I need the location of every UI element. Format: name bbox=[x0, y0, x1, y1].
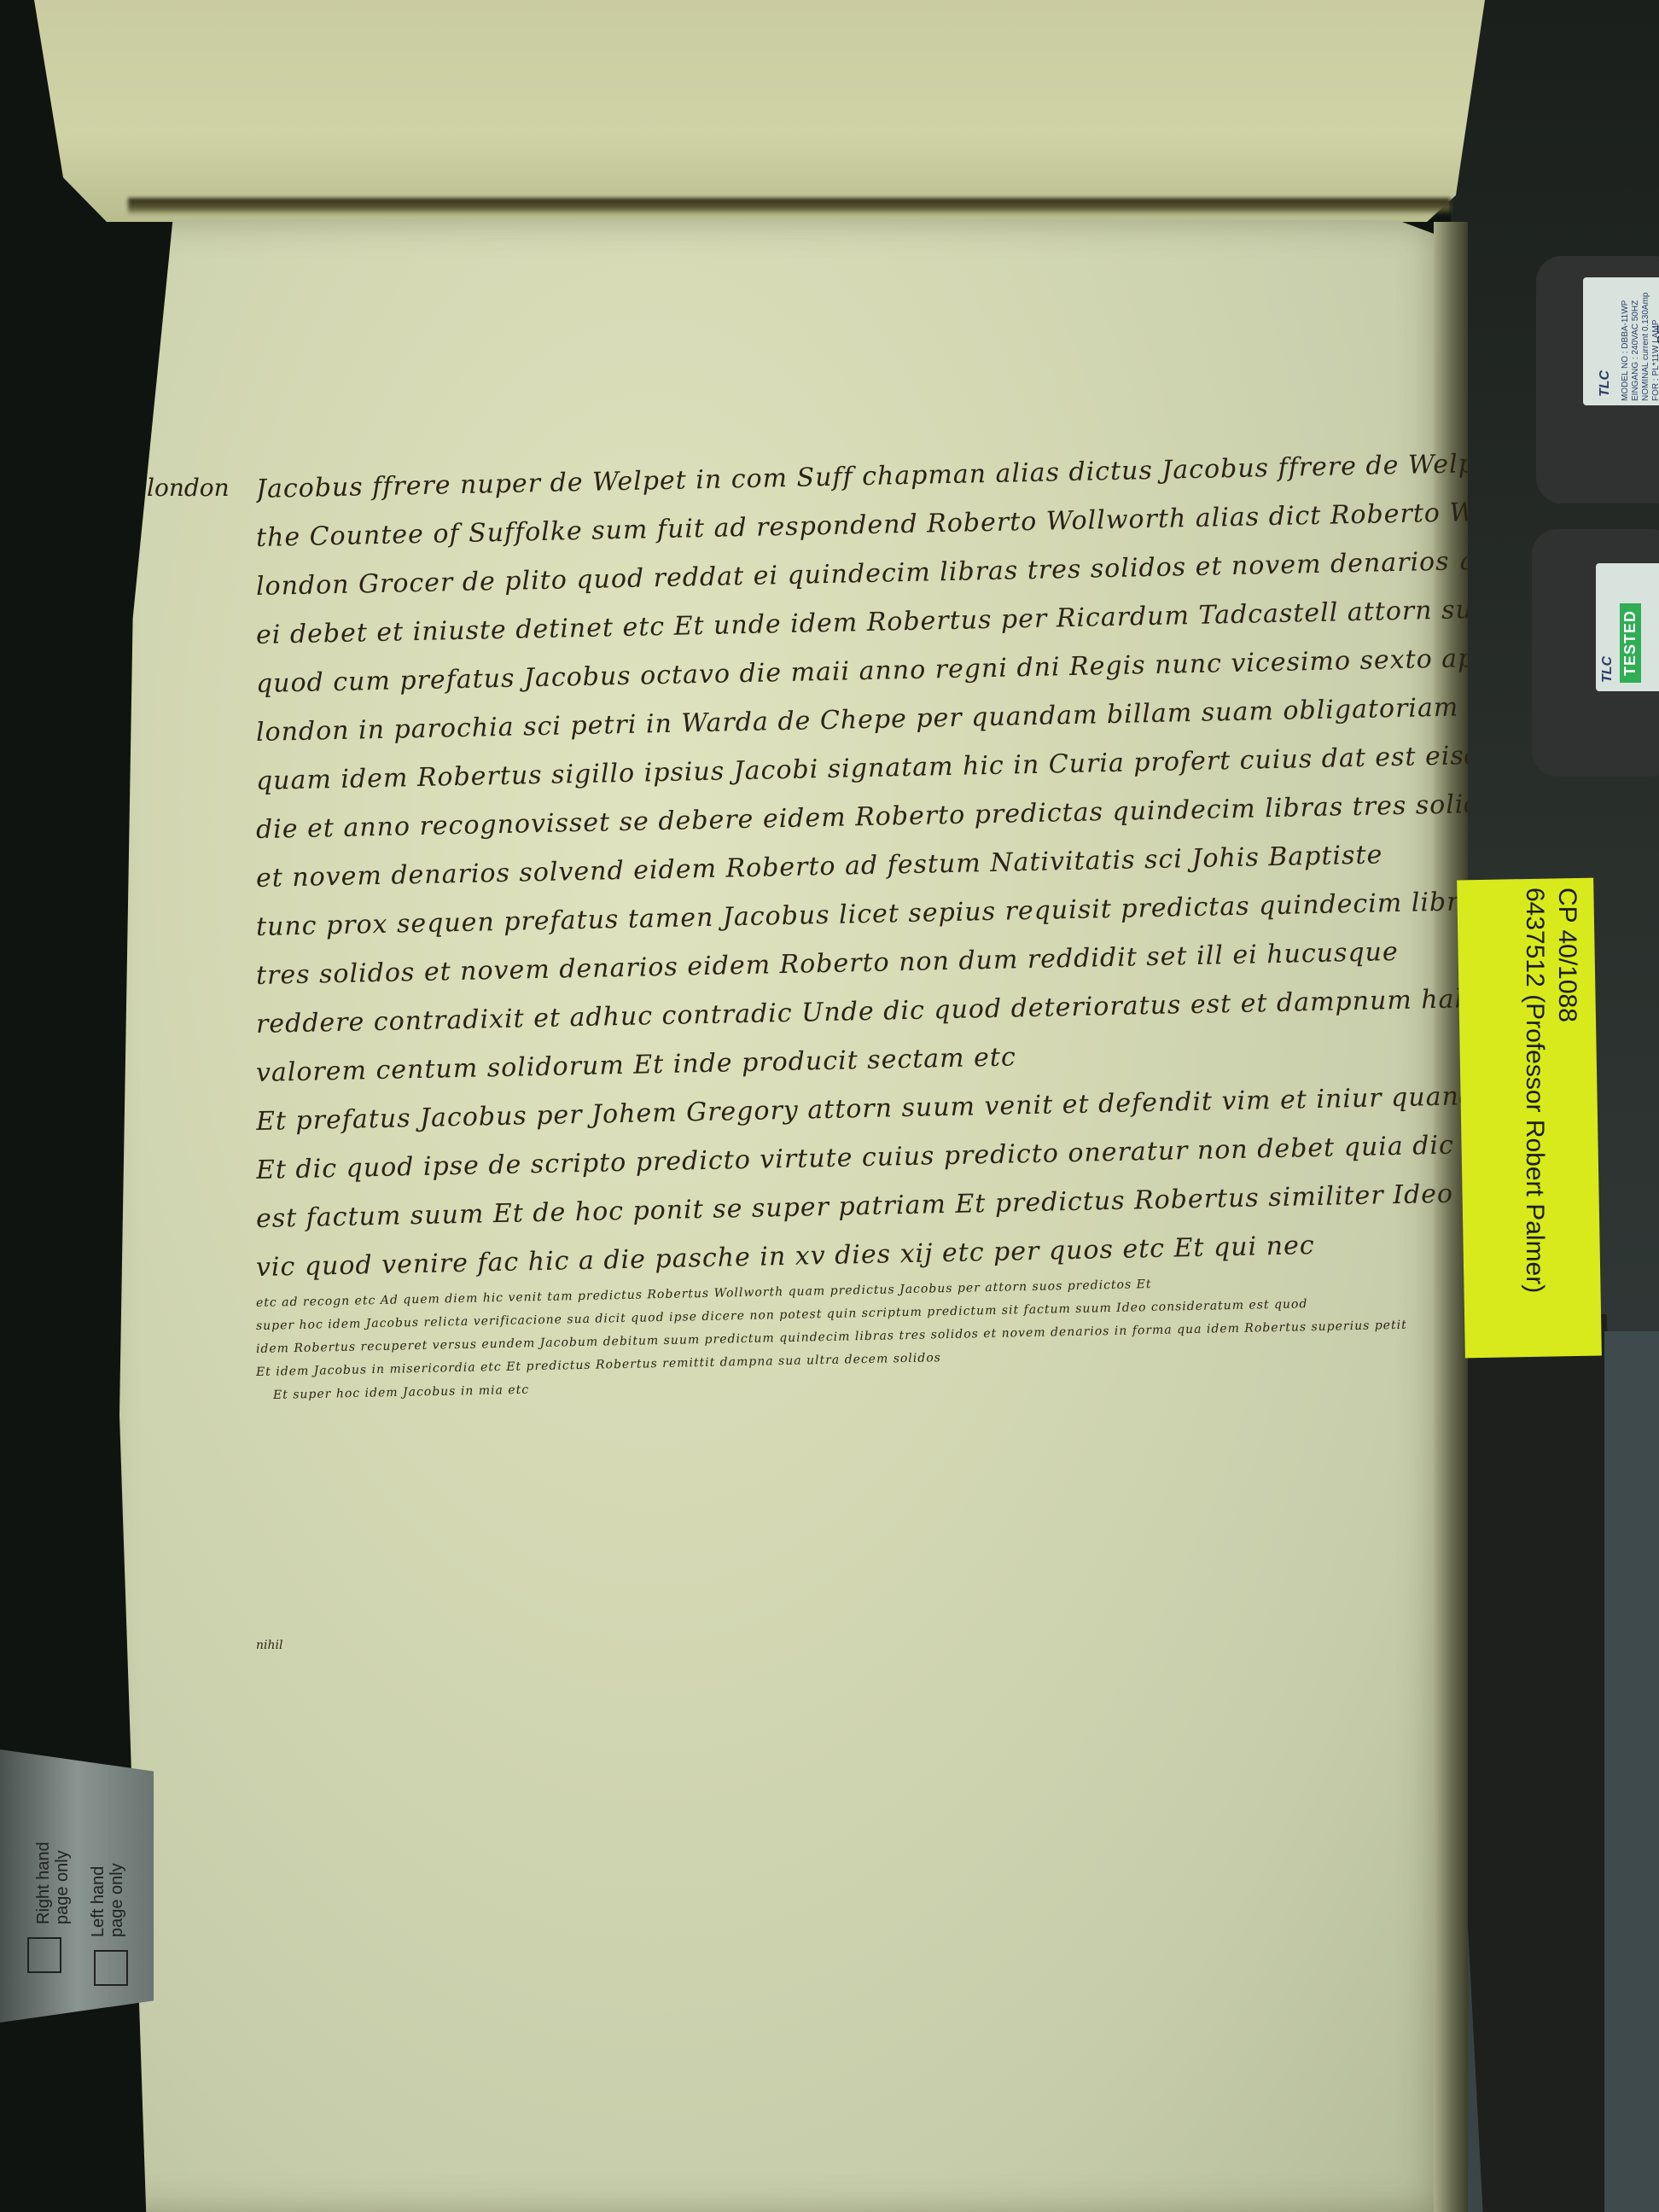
power-unit-input: EINGANG : 240VAC 50HZ bbox=[1631, 300, 1641, 401]
call-number-slip-text: CP 40/1088 6437512 (Professor Robert Pal… bbox=[1481, 888, 1583, 1365]
power-unit-current: NOMINAL current 0.130Amp bbox=[1641, 293, 1651, 401]
margin-note-nihil: nihil bbox=[256, 1639, 282, 1652]
left-hand-checkbox[interactable] bbox=[94, 1950, 128, 1986]
power-unit-brand: TLC bbox=[1600, 370, 1610, 397]
margin-note-london: london bbox=[147, 474, 230, 502]
power-unit-label: TESTED TLC bbox=[1596, 563, 1659, 691]
power-unit-model: MODEL NO : DBBA-11WP bbox=[1621, 300, 1631, 401]
glass-plate bbox=[1604, 1331, 1659, 2212]
page-indicator-card bbox=[0, 1749, 154, 2023]
power-unit-2: TESTED TLC bbox=[1532, 529, 1659, 777]
power-unit-brand: TLC bbox=[1603, 656, 1613, 683]
call-number: CP 40/1088 bbox=[1551, 888, 1583, 1365]
book-gutter bbox=[128, 198, 1451, 215]
tested-badge: TESTED bbox=[1620, 603, 1641, 683]
photo-scene: TLC MODEL NO : DBBA-11WP EINGANG : 240VA… bbox=[0, 0, 1659, 2212]
facing-page-verso bbox=[34, 0, 1485, 222]
right-hand-checkbox[interactable] bbox=[27, 1937, 61, 1973]
power-unit-1: TLC MODEL NO : DBBA-11WP EINGANG : 240VA… bbox=[1536, 256, 1659, 504]
manuscript-text: Jacobus ffrere nuper de Welpet in com Su… bbox=[256, 465, 1468, 1407]
left-hand-label: Left hand page only bbox=[89, 1863, 126, 1937]
right-hand-label: Right hand page only bbox=[34, 1842, 72, 1924]
reader-reference: 6437512 (Professor Robert Palmer) bbox=[1518, 888, 1551, 1365]
power-unit-label: TLC MODEL NO : DBBA-11WP EINGANG : 240VA… bbox=[1583, 277, 1659, 405]
